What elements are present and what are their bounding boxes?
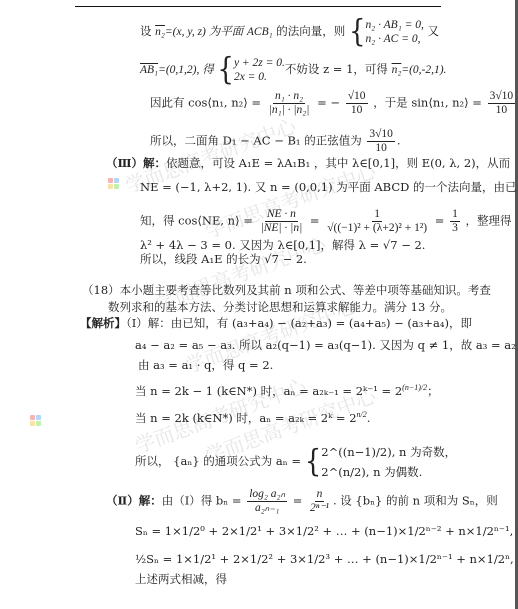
- text: ，整理得: [465, 214, 511, 228]
- section-label: （Ⅲ）解：: [106, 156, 166, 170]
- denominator: 3: [450, 222, 460, 235]
- text: = −: [317, 96, 340, 110]
- fraction: n2ⁿ⁻¹: [308, 488, 331, 515]
- text: ，于是 sin⟨n₁, n₂⟩ =: [373, 96, 482, 110]
- fraction: log₂ a₂ₙa₂ₙ₋₁: [247, 488, 287, 515]
- text-line: 由 a₃ = a₁ · q，得 q = 2.: [138, 358, 273, 372]
- numerator: log₂ a₂ₙ: [247, 488, 287, 502]
- text-line: λ² + 4λ − 3 = 0. 又因为 λ∈[0,1]，解得 λ = √7 −…: [140, 238, 425, 252]
- equation-row: y + 2z = 0.: [234, 56, 285, 70]
- numerator: NE · n: [265, 208, 298, 222]
- text-line: 所以， {aₙ} 的通项公式为 aₙ = {2^((n−1)/2), n 为奇数…: [135, 442, 456, 482]
- plane-label: ACB₁: [247, 26, 273, 38]
- text: 设: [140, 24, 152, 38]
- vector-n2: n₂: [155, 26, 165, 38]
- numerator: 1: [372, 208, 382, 222]
- text-line: 知，得 cos⟨NE, n⟩ = NE · n|NE| · |n| = 1√((…: [140, 208, 511, 235]
- text: =: [435, 214, 445, 228]
- denominator: 10: [349, 104, 365, 117]
- analysis-label: 【解析】: [80, 316, 126, 330]
- section-label: （Ⅱ）解：: [106, 494, 162, 508]
- text: ；: [427, 384, 439, 398]
- equation-system: y + 2z = 0.2x = 0.: [234, 56, 285, 84]
- brace-symbol: {: [305, 446, 322, 477]
- text: 不妨设 z = 1，可得: [285, 62, 388, 76]
- exponent: n/2: [357, 410, 367, 419]
- text-line: 当 n = 2k (k∈N*) 时，aₙ = a₂ₖ = 2ᵏ = 2n/2.: [135, 408, 370, 425]
- text: =(x, y, z) 为平面: [165, 26, 243, 38]
- text-line: AB₁=(0,1,2), 得 {y + 2z = 0.2x = 0.不妨设 z …: [140, 56, 446, 84]
- numerator: 3√10: [367, 128, 395, 142]
- text: 又: [428, 24, 440, 38]
- fraction: 13: [450, 208, 460, 235]
- fraction: √1010: [346, 90, 368, 117]
- text-line: 因此有 cos⟨n₁, n₂⟩ = n₁ · n₂|n₁| · |n₂| = −…: [150, 90, 518, 117]
- text-line: （Ⅱ）解：由（Ⅰ）得 bₙ = log₂ a₂ₙa₂ₙ₋₁ = n2ⁿ⁻¹. 设…: [106, 488, 498, 515]
- denominator: |NE| · |n|: [259, 222, 305, 235]
- numerator: √10: [346, 90, 368, 104]
- denominator: 2ⁿ⁻¹: [308, 502, 331, 515]
- exponent: (n−1)/2: [402, 383, 427, 392]
- top-rule: [75, 6, 441, 7]
- text: 所以， {aₙ} 的通项公式为 aₙ =: [135, 454, 301, 468]
- text-line: Sₙ = 1×1/2⁰ + 2×1/2¹ + 3×1/2² + … + (n−1…: [135, 524, 513, 538]
- text: =(0,-2,1).: [401, 64, 446, 76]
- text-line: a₄ − a₂ = a₅ − a₃. 所以 a₂(q−1) = a₃(q−1).…: [135, 338, 518, 352]
- brace-symbol: {: [217, 54, 234, 85]
- text: 依题意，可设 A₁E = λA₁B₁ ，其中 λ∈[0,1]，则 E(0, λ,…: [166, 156, 510, 170]
- fraction: 3√1010: [488, 90, 516, 117]
- text-line: 所以，线段 A₁E 的长为 √7 − 2.: [140, 252, 307, 266]
- text: 的法向量，则: [276, 24, 345, 38]
- fraction: n₁ · n₂|n₁| · |n₂|: [267, 90, 312, 117]
- denominator: 10: [494, 104, 510, 117]
- case-row: 2^(n/2), n 为偶数.: [321, 462, 456, 482]
- equation-row: 2x = 0.: [234, 70, 285, 84]
- text: 因此有 cos⟨n₁, n₂⟩ =: [150, 96, 261, 110]
- piecewise-cases: 2^((n−1)/2), n 为奇数，2^(n/2), n 为偶数.: [321, 442, 456, 482]
- text-line: 【解析】（Ⅰ）解：由已知，有 (a₃+a₄) − (a₂+a₃) = (a₄+a…: [80, 316, 472, 330]
- fraction: NE · n|NE| · |n|: [259, 208, 305, 235]
- text: 由（Ⅰ）得 bₙ =: [162, 494, 242, 508]
- text-line: 设 n₂=(x, y, z) 为平面 ACB₁ 的法向量，则 {n₂ · AB₁…: [140, 18, 439, 46]
- text-line: 所以，二面角 D₁ − AC − B₁ 的正弦值为 3√1010.: [150, 128, 401, 155]
- numerator: 3√10: [488, 90, 516, 104]
- numerator: n₁ · n₂: [273, 90, 305, 104]
- text: =(0,1,2), 得: [158, 64, 214, 76]
- fraction: 1√((−1)² + (λ+2)² + 1²): [325, 208, 429, 235]
- text-line: 上述两式相减，得: [135, 572, 227, 586]
- text: =: [293, 494, 303, 508]
- denominator: a₂ₙ₋₁: [253, 502, 281, 515]
- equation-row: n₂ · AC = 0,: [365, 32, 423, 46]
- equation-row: n₂ · AB₁ = 0,: [365, 18, 423, 32]
- text: .: [367, 411, 371, 425]
- watermark-logo-icon: [30, 415, 44, 429]
- numerator: 1: [450, 208, 460, 222]
- fraction: 3√1010: [367, 128, 395, 155]
- text-line: 当 n = 2k − 1 (k∈N*) 时，aₙ = a₂ₖ₋₁ = 2ᵏ⁻¹ …: [135, 381, 439, 398]
- denominator: √((−1)² + (λ+2)² + 1²): [325, 222, 429, 235]
- text-line: （Ⅲ）解：依题意，可设 A₁E = λA₁B₁ ，其中 λ∈[0,1]，则 E(…: [106, 156, 510, 170]
- text: 由已知，有 (a₃+a₄) − (a₂+a₃) = (a₄+a₅) − (a₃+…: [171, 316, 472, 330]
- vector-ab1: AB₁: [140, 64, 158, 76]
- numerator: n: [315, 488, 325, 502]
- text: 当 n = 2k − 1 (k∈N*) 时，aₙ = a₂ₖ₋₁ = 2ᵏ⁻¹ …: [135, 384, 402, 398]
- text-line: （18）本小题主要考查等比数列及其前 n 项和公式、等差中项等基础知识。考查: [82, 283, 491, 297]
- denominator: 10: [373, 142, 389, 155]
- text: 当 n = 2k (k∈N*) 时，aₙ = a₂ₖ = 2ᵏ = 2: [135, 411, 357, 425]
- text: 所以，二面角 D₁ − AC − B₁ 的正弦值为: [150, 134, 362, 148]
- text-line: ½Sₙ = 1×1/2¹ + 2×1/2² + 3×1/2³ + … + (n−…: [135, 552, 514, 566]
- text: 知，得 cos⟨NE, n⟩ =: [140, 214, 253, 228]
- text: .: [397, 134, 401, 148]
- watermark-logo-icon: [108, 178, 122, 192]
- denominator: |n₁| · |n₂|: [267, 104, 312, 117]
- text: . 设 {bₙ} 的前 n 项和为 Sₙ，则: [333, 494, 498, 508]
- equation-system: n₂ · AB₁ = 0,n₂ · AC = 0,: [365, 18, 423, 46]
- vector-n2: n₂: [392, 64, 402, 76]
- section-label: （Ⅰ）解：: [126, 316, 171, 330]
- case-row: 2^((n−1)/2), n 为奇数，: [321, 442, 456, 462]
- text-line: NE = (−1, λ+2, 1). 又 n = (0,0,1) 为平面 ABC…: [140, 180, 517, 194]
- brace-symbol: {: [349, 16, 366, 47]
- text-line: 数列求和的基本方法、分类讨论思想和运算求解能力。满分 13 分。: [108, 300, 452, 314]
